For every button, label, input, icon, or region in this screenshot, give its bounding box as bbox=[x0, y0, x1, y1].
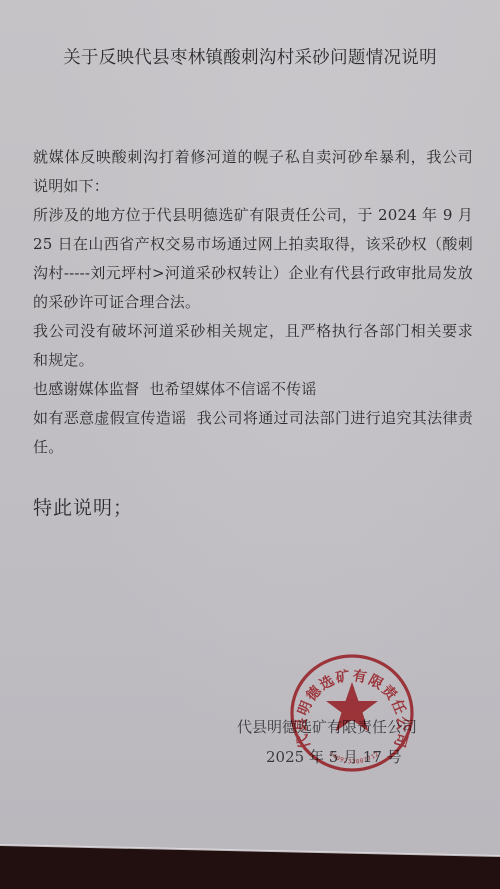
paragraph-3: 我公司没有破坏河道采砂相关规定，且严格执行各部门相关要求和规定。 bbox=[33, 317, 473, 375]
star-icon bbox=[326, 682, 378, 732]
paragraph-4: 也感谢媒体监督 也希望媒体不信谣不传谣 bbox=[33, 375, 473, 404]
official-seal-stamp: 代县明德选矿有限责任公司 1409233007712 bbox=[288, 652, 416, 774]
closing-statement: 特此说明； bbox=[33, 493, 133, 520]
document-body: 就媒体反映酸刺沟打着修河道的幌子私自卖河砂牟暴利，我公司说明如下： 所涉及的地方… bbox=[33, 143, 473, 462]
document-title: 关于反映代县枣林镇酸刺沟村采砂问题情况说明 bbox=[0, 44, 500, 69]
paragraph-1: 就媒体反映酸刺沟打着修河道的幌子私自卖河砂牟暴利，我公司说明如下： bbox=[33, 143, 473, 201]
paragraph-2: 所涉及的地方位于代县明德选矿有限责任公司，于 2024 年 9 月 25 日在山… bbox=[33, 201, 473, 317]
seal-code-text: 1409233007712 bbox=[327, 750, 380, 765]
paragraph-5: 如有恶意虚假宣传造谣 我公司将通过司法部门进行追究其法律责任。 bbox=[33, 404, 473, 462]
